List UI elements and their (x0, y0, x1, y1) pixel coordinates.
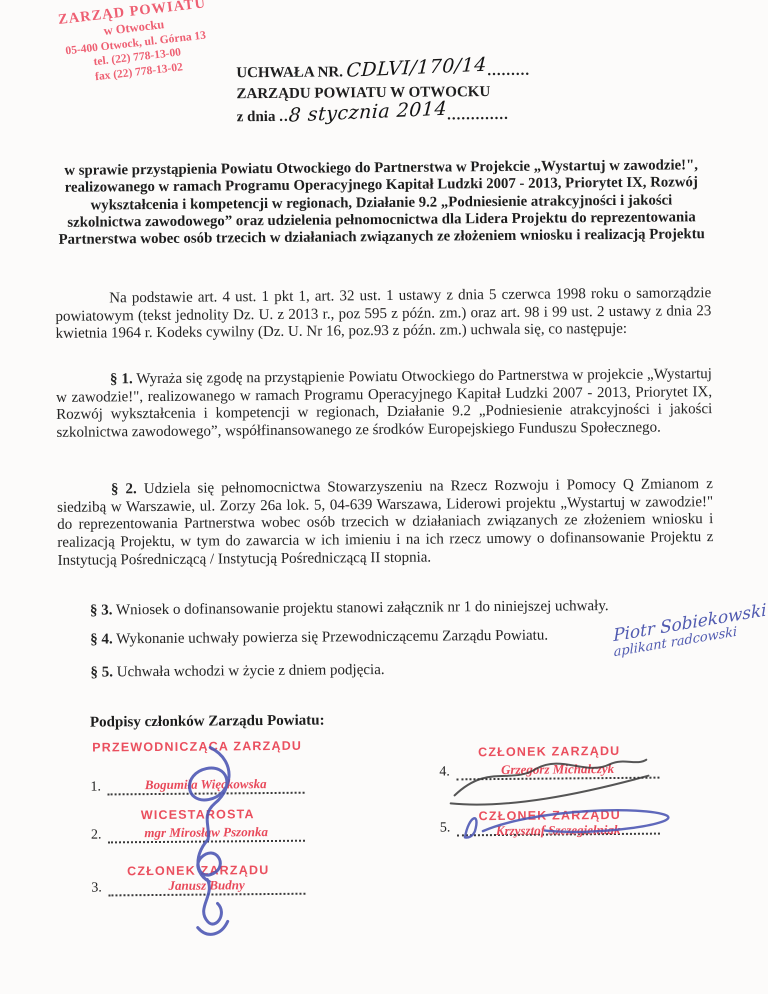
handwritten-resolution-number: CDLVI/170/14 (346, 55, 488, 82)
section-1-number: § 1. (110, 371, 133, 387)
scanned-resolution-document: ZARZĄD POWIATU w Otwocku 05-400 Otwock, … (0, 0, 768, 994)
office-stamp: ZARZĄD POWIATU w Otwocku 05-400 Otwock, … (22, 0, 249, 92)
dot-leader: ............. (447, 107, 509, 124)
signature-number: 4. (439, 764, 456, 780)
signature-number: 5. (440, 820, 457, 836)
role-label-wicestarosta: WICESTAROSTA (91, 807, 305, 823)
section-3-number: § 3. (90, 602, 113, 618)
signature-row-2: 2. mgr Mirosław Pszonka (91, 825, 305, 844)
section-5-number: § 5. (90, 664, 113, 680)
section-2: § 2. Udziela się pełnomocnictwa Stowarzy… (57, 476, 714, 570)
signatory-name: Grzegorz Michalczyk (456, 761, 660, 779)
signature-dotted-line: Janusz Budny (108, 878, 306, 897)
signatures-right-column: CZŁONEK ZARZĄDU 4. Grzegorz Michalczyk C… (439, 742, 660, 864)
section-3-text: Wniosek o dofinansowanie projektu stanow… (112, 598, 608, 618)
signature-number: 1. (90, 779, 107, 795)
signature-dotted-line: Krzysztof Szczegielniak (456, 818, 660, 837)
signature-row-1: 1. Bogumiła Więckowska (90, 777, 304, 796)
signatory-name: Bogumiła Więckowska (107, 776, 305, 794)
signatory-name: mgr Mirosław Pszonka (107, 824, 305, 842)
section-1: § 1. Wyraża się zgodę na przystąpienie P… (56, 366, 713, 443)
legal-basis-paragraph: Na podstawie art. 4 ust. 1 pkt 1, art. 3… (55, 285, 711, 344)
scan-content: ZARZĄD POWIATU w Otwocku 05-400 Otwock, … (0, 0, 768, 994)
document-title-block: UCHWAŁA NR. CDLVI/170/14......... ZARZĄD… (236, 59, 530, 129)
subject-paragraph: w sprawie przystąpienia Powiatu Otwockie… (56, 157, 707, 249)
signatory-name: Krzysztof Szczegielniak (456, 822, 660, 840)
signature-number: 2. (91, 827, 108, 843)
signature-number: 3. (91, 880, 108, 896)
signature-dotted-line: mgr Mirosław Pszonka (107, 825, 305, 844)
signature-dotted-line: Grzegorz Michalczyk (456, 762, 660, 781)
title-line-number: UCHWAŁA NR. CDLVI/170/14......... (236, 59, 530, 85)
section-2-text: Udziela się pełnomocnictwa Stowarzyszeni… (57, 476, 713, 569)
role-label-przewodniczaca: PRZEWODNICZĄCA ZARZĄDU (90, 739, 304, 755)
role-label-czlonek-zarzadu: CZŁONEK ZARZĄDU (439, 744, 659, 760)
handwritten-date: 8 stycznia 2014 (288, 99, 448, 127)
title-line-date: z dnia ..8 stycznia 2014............. (237, 103, 531, 129)
section-1-text: Wyraża się zgodę na przystąpienie Powiat… (56, 366, 712, 441)
signatures-left-column: PRZEWODNICZĄCA ZARZĄDU 1. Bogumiła Więck… (90, 737, 306, 929)
section-5: § 5. Uchwała wchodzi w życie z dniem pod… (58, 659, 714, 682)
section-4-number: § 4. (90, 631, 113, 647)
title-label-z-dnia: z dnia (237, 109, 276, 125)
signature-row-4: 4. Grzegorz Michalczyk (439, 762, 659, 781)
signatures-heading: Podpisy członków Zarządu Powiatu: (90, 713, 325, 732)
signatory-name: Janusz Budny (108, 877, 306, 895)
signature-row-5: 5. Krzysztof Szczegielniak (440, 818, 660, 837)
dot-leader: ......... (487, 63, 530, 79)
signature-row-3: 3. Janusz Budny (91, 878, 305, 897)
section-5-text: Uchwała wchodzi w życie z dniem podjęcia… (113, 662, 385, 680)
section-3: § 3. Wniosek o dofinansowanie projektu s… (58, 597, 714, 620)
title-label-uchwala-nr: UCHWAŁA NR. (236, 64, 343, 81)
section-4-text: Wykonanie uchwały powierza się Przewodni… (113, 628, 548, 648)
section-2-number: § 2. (111, 481, 137, 497)
signature-dotted-line: Bogumiła Więckowska (107, 777, 305, 796)
